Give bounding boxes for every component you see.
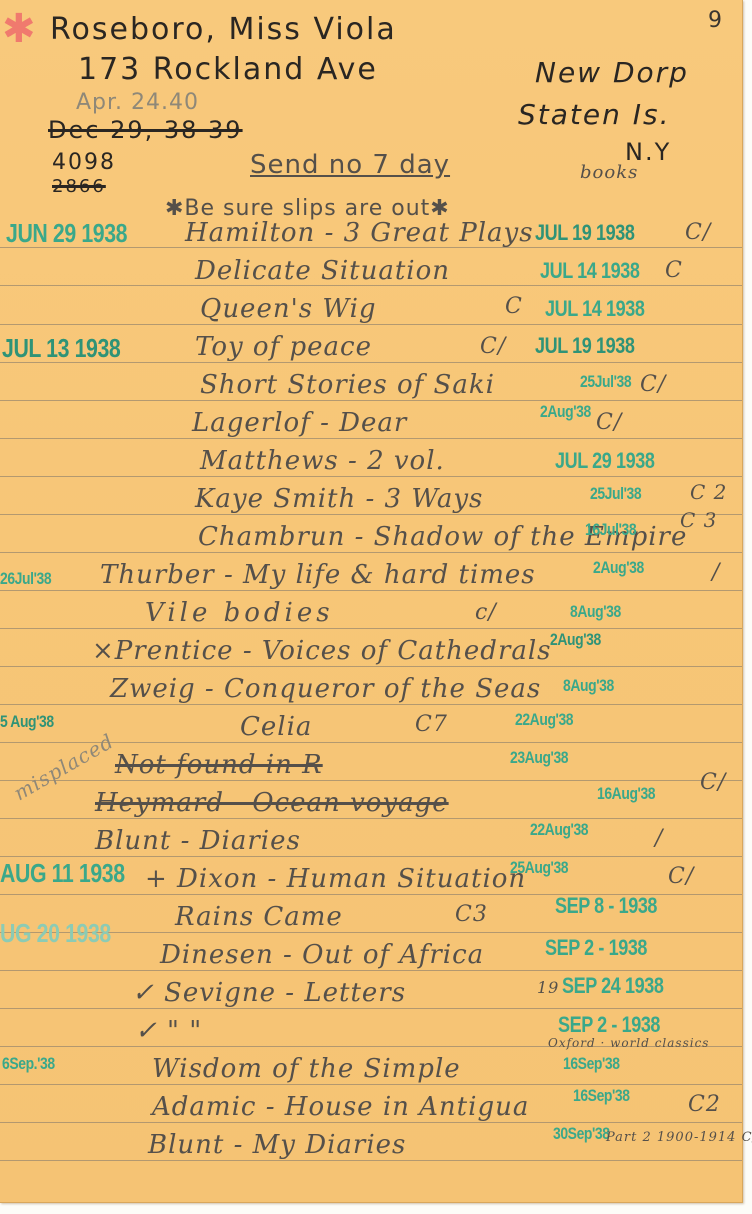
instruction-note: Send no 7 day <box>250 150 450 180</box>
entry-title: Matthews - 2 vol. <box>200 446 445 476</box>
return-stamp: 25Jul'38 <box>590 484 641 504</box>
ruled-line <box>0 1122 742 1123</box>
entry-title: + Dixon - Human Situation <box>145 864 526 894</box>
entry-mark: C2 <box>688 1092 721 1117</box>
ruled-line <box>0 856 742 857</box>
entry-title-struck: Not found in R <box>115 750 323 780</box>
entry-title: Blunt - My Diaries <box>148 1130 406 1160</box>
checkout-stamp: JUN 29 1938 <box>6 218 127 249</box>
return-stamp: 23Aug'38 <box>510 748 568 768</box>
return-stamp: 8Aug'38 <box>563 676 614 696</box>
entry-mark: C7 <box>415 712 448 737</box>
date-added: Apr. 24.40 <box>76 90 199 115</box>
return-stamp: JUL 14 1938 <box>545 296 644 322</box>
entry-mark: 19 <box>537 978 559 997</box>
return-stamp: 16Aug'38 <box>597 784 655 804</box>
ruled-line <box>0 1084 742 1085</box>
checkout-stamp: UG 20 1938 <box>0 918 111 949</box>
ruled-line <box>0 628 742 629</box>
borrower-name: Roseboro, Miss Viola <box>50 12 397 47</box>
entry-title: Blunt - Diaries <box>95 826 301 856</box>
ruled-line <box>0 514 742 515</box>
ruled-line <box>0 704 742 705</box>
entry-title: Delicate Situation <box>195 256 450 286</box>
return-stamp: 30Sep'38 <box>553 1124 610 1144</box>
return-stamp: 25Aug'38 <box>510 858 568 878</box>
return-stamp: 16Sep'38 <box>573 1086 630 1106</box>
checkout-stamp: 26Jul'38 <box>0 569 51 589</box>
entry-title: Adamic - House in Antigua <box>152 1092 529 1122</box>
entry-title-struck: Heymard - Ocean voyage <box>95 788 449 818</box>
return-stamp: 8Aug'38 <box>570 602 621 622</box>
entry-title: Wisdom of the Simple <box>152 1054 461 1084</box>
ruled-line <box>0 970 742 971</box>
ruled-line <box>0 932 742 933</box>
borrower-address: 173 Rockland Ave <box>78 52 378 87</box>
entry-title: Toy of peace <box>195 332 372 362</box>
entry-title: Zweig - Conqueror of the Seas <box>110 674 541 704</box>
return-stamp: 2Aug'38 <box>550 630 601 650</box>
ruled-line <box>0 400 742 401</box>
ruled-line <box>0 438 742 439</box>
page-number: 9 <box>708 8 722 33</box>
return-stamp: SEP 24 1938 <box>562 973 663 999</box>
return-stamp: 16Jul'38 <box>585 520 636 540</box>
entry-title: Queen's Wig <box>200 294 377 324</box>
entry-mark: C/ <box>668 864 694 889</box>
return-stamp: JUL 19 1938 <box>535 333 634 359</box>
entry-mark: / <box>712 560 720 585</box>
checkout-stamp: AUG 11 1938 <box>0 858 125 889</box>
entry-title: Kaye Smith - 3 Ways <box>195 484 483 514</box>
checkout-stamp: 6Sep.'38 <box>2 1054 55 1074</box>
checkout-stamp: JUL 13 1938 <box>2 333 120 364</box>
ruled-line <box>0 1160 742 1161</box>
entry-mark: C/ <box>700 770 726 795</box>
ruled-line <box>0 590 742 591</box>
entry-title: Vile bodies <box>145 598 334 628</box>
ruled-line <box>0 666 742 667</box>
entry-mark: Part 2 1900-1914 C/ <box>606 1130 752 1145</box>
entry-mark: C/ <box>640 372 666 397</box>
entry-title: Hamilton - 3 Great Plays <box>185 218 534 248</box>
borrower-state: Staten Is. <box>518 98 671 131</box>
red-asterisk-mark: ✱ <box>2 6 36 52</box>
entry-title: Lagerlof - Dear <box>192 408 407 438</box>
return-stamp: SEP 8 - 1938 <box>555 893 657 919</box>
entry-mark: C 3 <box>680 508 717 532</box>
return-stamp: JUL 19 1938 <box>535 220 634 246</box>
entry-mark: / <box>655 826 663 851</box>
entry-title: Celia <box>240 712 312 742</box>
old-account-number: 2866 <box>52 176 106 197</box>
ruled-line <box>0 780 742 781</box>
return-stamp: 2Aug'38 <box>593 558 644 578</box>
return-stamp: 25Jul'38 <box>580 372 631 392</box>
borrower-city: New Dorp <box>535 56 689 89</box>
ruled-line <box>0 552 742 553</box>
return-stamp: 22Aug'38 <box>530 820 588 840</box>
entry-title: ✓ Sevigne - Letters <box>132 978 406 1008</box>
entry-title: ×Prentice - Voices of Cathedrals <box>92 636 552 666</box>
entry-title: Short Stories of Saki <box>200 370 495 400</box>
entry-title: Thurber - My life & hard times <box>100 560 536 590</box>
return-stamp: 2Aug'38 <box>540 402 591 422</box>
return-stamp: 22Aug'38 <box>515 710 573 730</box>
entry-title: Dinesen - Out of Africa <box>160 940 484 970</box>
ruled-line <box>0 476 742 477</box>
entry-mark: C/ <box>685 220 711 245</box>
struck-date: Dec 29, 38 39 <box>48 116 243 144</box>
entry-mark: C <box>665 258 683 283</box>
return-stamp: SEP 2 - 1938 <box>545 935 647 961</box>
entry-title: Rains Came <box>175 902 343 932</box>
ruled-line <box>0 1008 742 1009</box>
entry-mark: C3 <box>455 902 488 927</box>
entry-mark: C 2 <box>690 480 727 504</box>
library-borrower-card: ✱ 9 Roseboro, Miss Viola 173 Rockland Av… <box>0 0 743 1203</box>
return-stamp: JUL 29 1938 <box>555 448 654 474</box>
return-stamp: 16Sep'38 <box>563 1054 620 1074</box>
entry-mark: C/ <box>480 334 506 359</box>
entry-mark: c/ <box>475 600 497 625</box>
entry-title: ✓ " " <box>135 1016 202 1046</box>
entry-mark: Oxford · world classics <box>548 1036 709 1050</box>
ruled-line <box>0 818 742 819</box>
return-stamp: SEP 2 - 1938 <box>558 1012 660 1038</box>
entry-mark: C <box>505 294 523 319</box>
checkout-stamp: 5 Aug'38 <box>0 712 54 732</box>
ruled-line <box>0 324 742 325</box>
instruction-suffix: books <box>580 162 638 183</box>
entry-mark: C/ <box>596 410 622 435</box>
account-number: 4098 <box>52 150 116 175</box>
return-stamp: JUL 14 1938 <box>540 258 639 284</box>
